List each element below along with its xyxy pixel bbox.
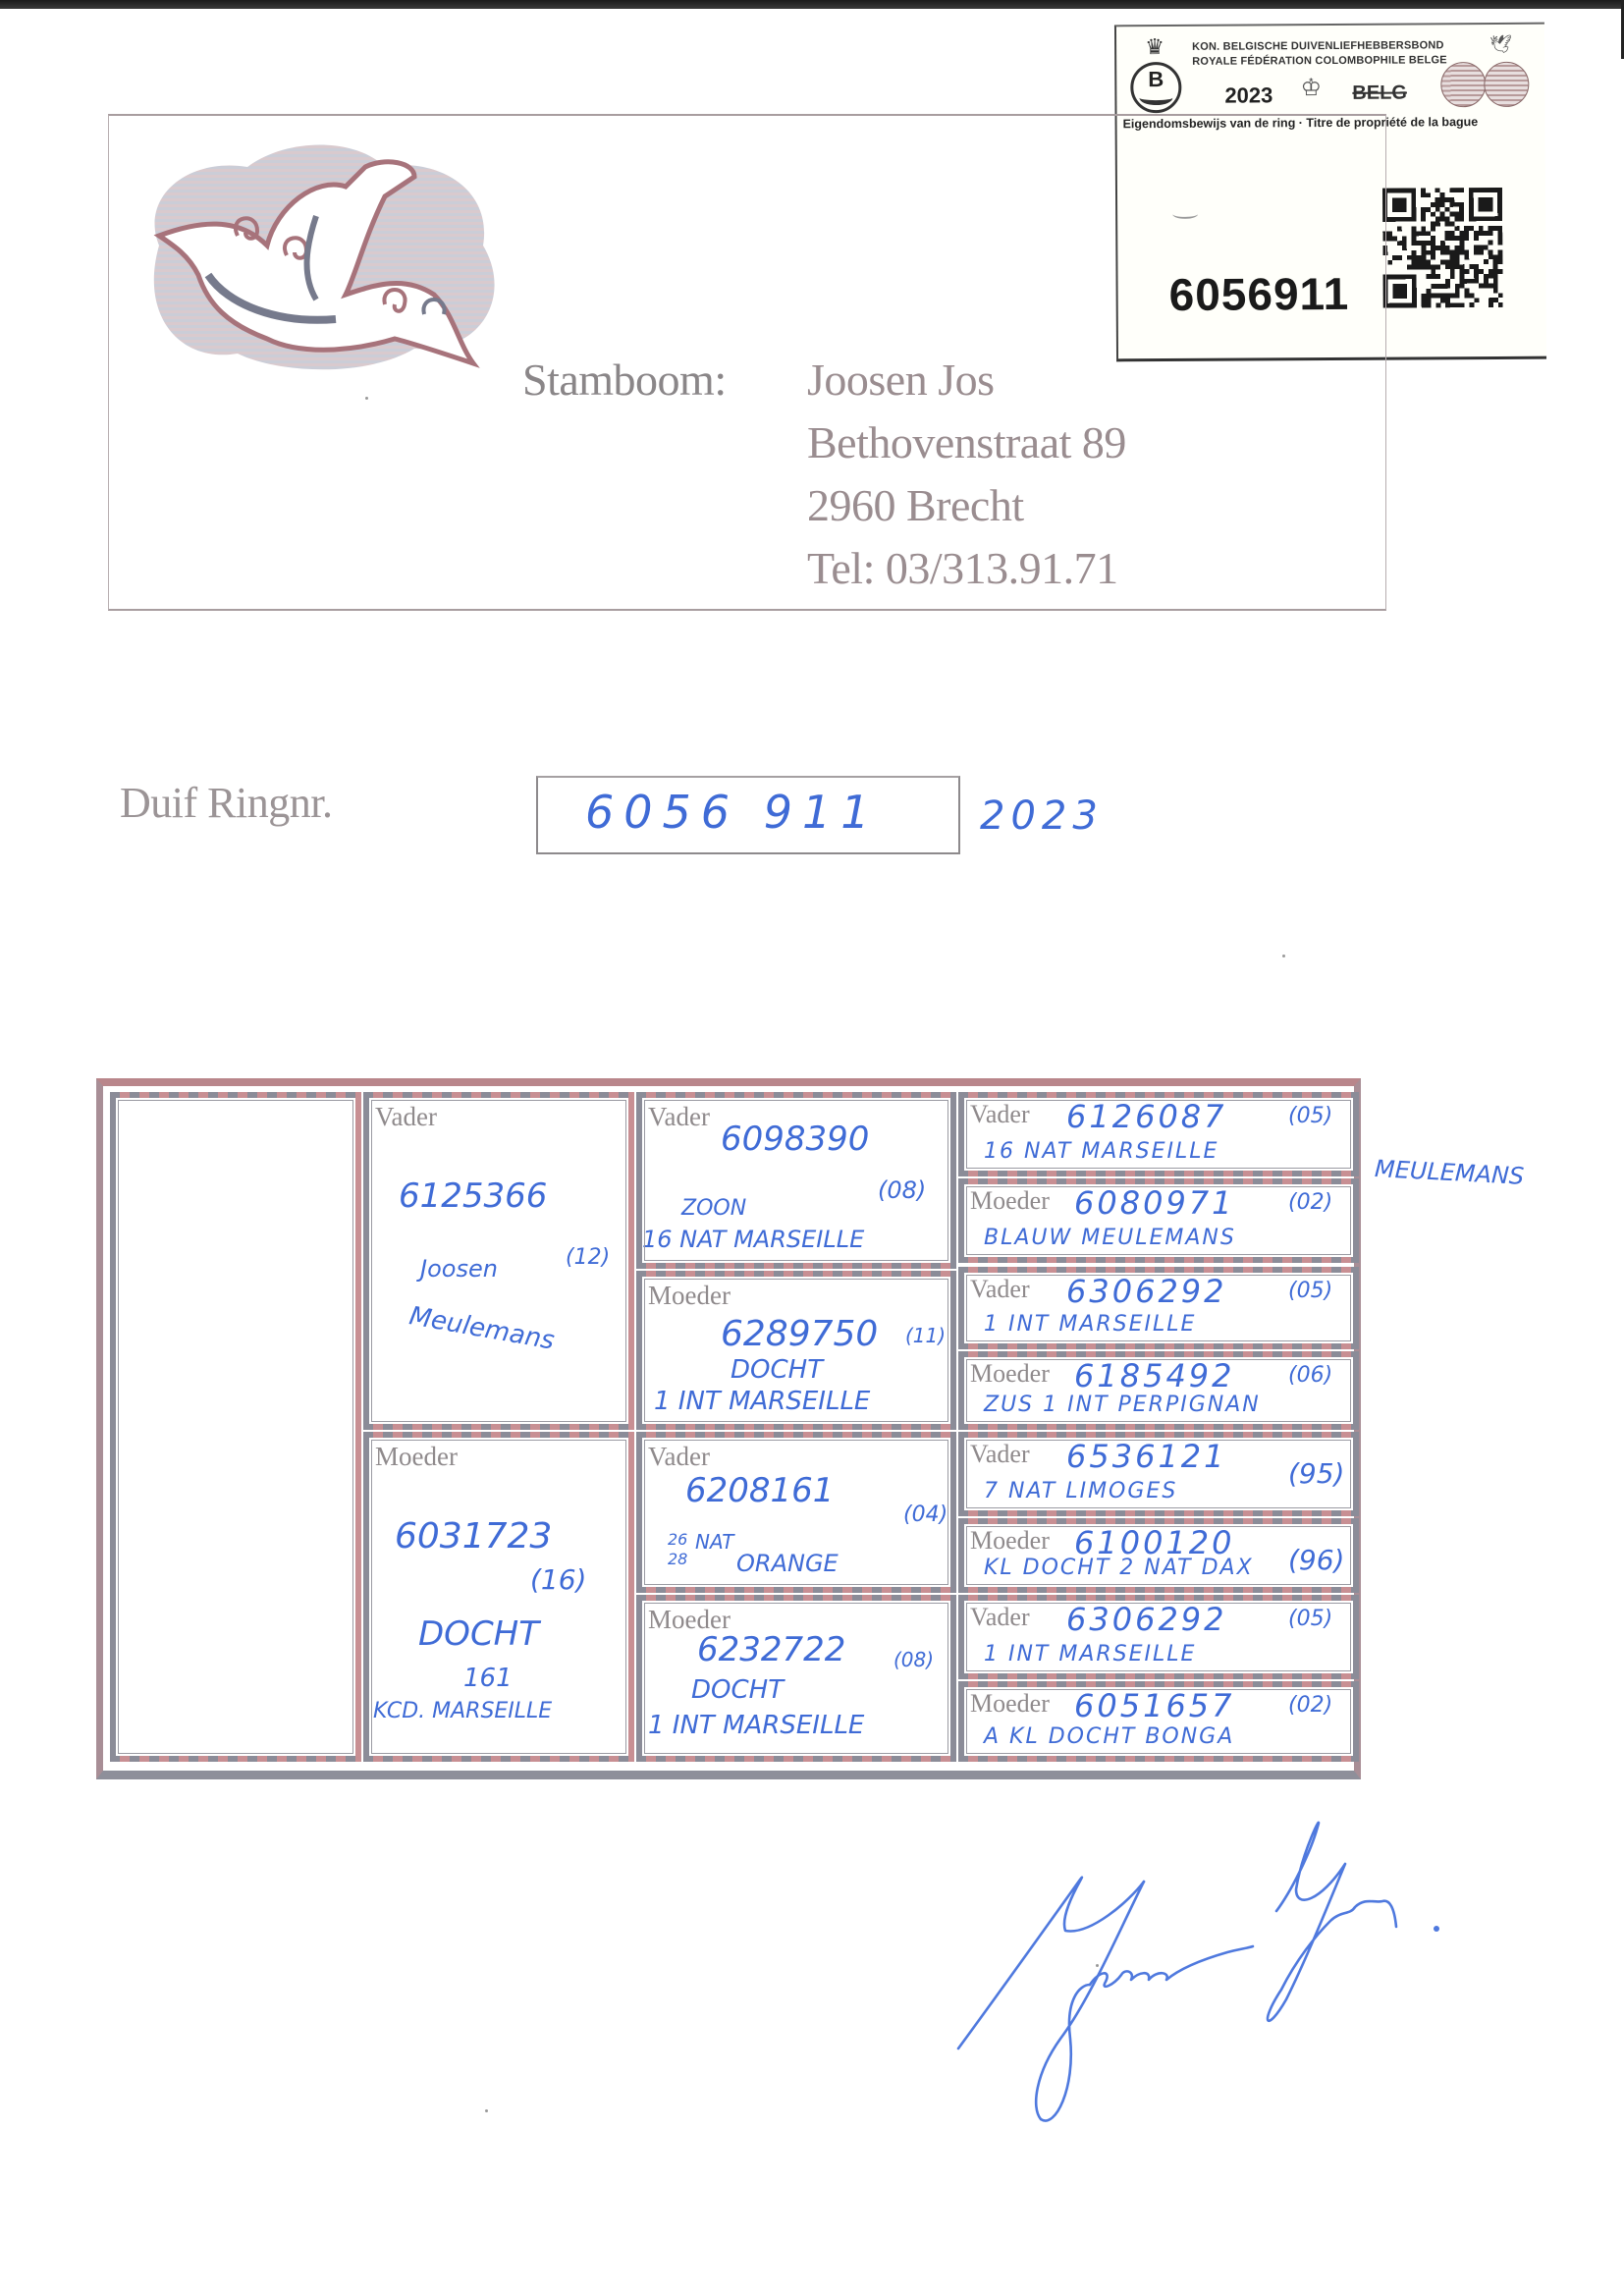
great-grandparent-cell: Vader6126087(05)16 NAT MARSEILLE — [958, 1092, 1359, 1176]
great-grandparent-note: 1 INT MARSEILLE — [984, 1312, 1196, 1337]
grandmother-paternal-note-1: DOCHT — [731, 1355, 823, 1385]
scan-speck — [1282, 955, 1285, 957]
great-grandparent-note: 16 NAT MARSEILLE — [984, 1139, 1218, 1164]
grandmother-maternal-note-1: DOCHT — [691, 1675, 784, 1705]
mother-note-3: KCD. MARSEILLE — [373, 1699, 552, 1723]
great-grandparent-cell: Vader6306292(05)1 INT MARSEILLE — [958, 1267, 1359, 1349]
fci-globe-logo-icon — [1440, 58, 1531, 104]
ring-year: 2023 — [1224, 82, 1272, 108]
grandfather-maternal-ring: 6208161 — [685, 1471, 834, 1510]
grandfather-maternal-note-2: 28 — [668, 1550, 687, 1568]
grandmother-paternal-year: (11) — [905, 1324, 946, 1347]
great-grandparent-note: 7 NAT LIMOGES — [984, 1479, 1177, 1503]
great-grandfather-extra-note: MEULEMANS — [1374, 1155, 1525, 1190]
scan-speck — [365, 397, 368, 400]
mother-cell: Moeder 6031723 (16) DOCHT 161 KCD. MARSE… — [363, 1432, 634, 1762]
father-year: (12) — [566, 1245, 610, 1270]
great-grandparent-ring: 6080971 — [1074, 1184, 1235, 1222]
mother-year: (16) — [530, 1563, 586, 1596]
great-grandparent-year: (96) — [1288, 1544, 1344, 1576]
great-grandparent-year: (02) — [1288, 1190, 1332, 1215]
great-grandparent-ring: 6306292 — [1066, 1273, 1227, 1310]
grandfather-maternal-note-4: ORANGE — [736, 1550, 839, 1577]
scan-speck — [1096, 1964, 1099, 1967]
ring-org-nl: KON. BELGISCHE DUIVENLIEFHEBBERSBOND — [1192, 38, 1447, 55]
father-cell: Vader 6125366 Joosen (12) Meulemans — [363, 1092, 634, 1430]
handwritten-signature-icon — [943, 1813, 1492, 2127]
grandfather-paternal-ring: 6098390 — [721, 1120, 869, 1159]
ring-org-fr: ROYALE FÉDÉRATION COLOMBOPHILE BELGE — [1192, 53, 1447, 70]
mother-label: Moeder — [375, 1442, 458, 1472]
grandmother-paternal-note-2: 1 INT MARSEILLE — [654, 1387, 870, 1416]
ring-year-handwritten: 2023 — [980, 793, 1104, 839]
great-grandparent-ring: 6185492 — [1074, 1357, 1235, 1394]
pedigree-label: Stamboom: — [522, 354, 727, 406]
great-grandparent-cell: Moeder6185492(06)ZUS 1 INT PERPIGNAN — [958, 1351, 1359, 1430]
father-label: Vader — [375, 1102, 437, 1132]
ring-number-label: Duif Ringnr. — [120, 778, 332, 828]
great-grandparent-cell: Moeder6080971(02)BLAUW MEULEMANS — [958, 1178, 1359, 1263]
great-grandparent-label: Moeder — [970, 1186, 1050, 1216]
great-grandparent-year: (95) — [1288, 1457, 1344, 1490]
ring-number-handwritten: 6056 911 — [585, 786, 880, 839]
grandfather-paternal-cell: Vader 6098390 (08) ZOON 16 NAT MARSEILLE — [636, 1092, 956, 1269]
great-grandparent-note: 1 INT MARSEILLE — [984, 1642, 1196, 1667]
scan-edge-top — [0, 0, 1624, 9]
grandfather-paternal-year: (08) — [878, 1176, 926, 1204]
owner-phone: Tel: 03/313.91.71 — [807, 542, 1118, 594]
great-grandparent-cell: Moeder6100120(96)KL DOCHT 2 NAT DAX — [958, 1518, 1359, 1593]
grandmother-maternal-year: (08) — [893, 1648, 934, 1671]
qr-code-icon — [1382, 188, 1503, 308]
grandmother-maternal-note-2: 1 INT MARSEILLE — [648, 1711, 864, 1740]
great-grandparent-label: Vader — [970, 1603, 1030, 1632]
dove-logo-icon — [120, 128, 532, 383]
ring-number-box: 6056 911 — [536, 776, 960, 854]
grandfather-maternal-cell: Vader 6208161 (04) 26 28 NAT ORANGE — [636, 1432, 956, 1593]
father-note-1: Joosen — [420, 1255, 498, 1283]
great-grandparent-note: ZUS 1 INT PERPIGNAN — [984, 1393, 1261, 1417]
great-grandparent-ring: 6536121 — [1066, 1438, 1227, 1475]
grandmother-paternal-label: Moeder — [648, 1281, 731, 1311]
grandfather-maternal-note-1: 26 — [668, 1530, 687, 1549]
crown-icon: ♛ — [1142, 36, 1167, 58]
father-ring: 6125366 — [399, 1176, 547, 1216]
grandmother-paternal-ring: 6289750 — [721, 1314, 878, 1354]
mother-note-2: 161 — [463, 1664, 513, 1693]
mother-note-1: DOCHT — [418, 1614, 539, 1654]
great-grandparent-label: Moeder — [970, 1359, 1050, 1389]
grandfather-maternal-note-3: NAT — [695, 1530, 733, 1554]
kbdb-b-logo-icon: B — [1130, 62, 1181, 113]
great-grandparent-cell: Vader6536121(95)7 NAT LIMOGES — [958, 1432, 1359, 1516]
mother-ring: 6031723 — [395, 1516, 552, 1557]
great-grandparent-year: (06) — [1288, 1363, 1332, 1388]
great-grandparent-label: Vader — [970, 1100, 1030, 1129]
owner-city: 2960 Brecht — [807, 479, 1024, 531]
ring-country-code: BELG — [1352, 82, 1407, 105]
crown-emblem-icon: ♔ — [1289, 77, 1332, 100]
grandfather-paternal-note-2: 16 NAT MARSEILLE — [642, 1226, 864, 1253]
great-grandparent-ring: 6051657 — [1074, 1687, 1235, 1724]
scan-speck — [485, 2109, 488, 2112]
great-grandparent-year: (05) — [1288, 1104, 1332, 1128]
ring-org-names: KON. BELGISCHE DUIVENLIEFHEBBERSBOND ROY… — [1192, 38, 1447, 70]
great-grandparent-ring: 6306292 — [1066, 1601, 1227, 1638]
great-grandparent-cell: Vader6306292(05)1 INT MARSEILLE — [958, 1595, 1359, 1679]
owner-name: Joosen Jos — [807, 354, 995, 406]
great-grandparent-label: Vader — [970, 1275, 1030, 1304]
great-grandparent-cell: Moeder6051657(02)A KL DOCHT BONGA — [958, 1681, 1359, 1762]
great-grandparent-year: (02) — [1288, 1693, 1332, 1718]
grandmother-maternal-cell: Moeder 6232722 (08) DOCHT 1 INT MARSEILL… — [636, 1595, 956, 1762]
great-grandparent-label: Moeder — [970, 1689, 1050, 1719]
great-grandparent-note: BLAUW MEULEMANS — [984, 1226, 1236, 1250]
grandfather-maternal-year: (04) — [903, 1503, 947, 1527]
great-grandparent-year: (05) — [1288, 1279, 1332, 1303]
grandfather-maternal-label: Vader — [648, 1442, 710, 1472]
grandmother-maternal-ring: 6232722 — [697, 1630, 845, 1669]
great-grandparent-label: Moeder — [970, 1526, 1050, 1556]
pigeon-icon: 🕊 — [1489, 34, 1512, 55]
great-grandparent-label: Vader — [970, 1440, 1030, 1469]
great-grandparent-note: A KL DOCHT BONGA — [984, 1724, 1234, 1749]
grandfather-paternal-label: Vader — [648, 1102, 710, 1132]
great-grandparent-ring: 6126087 — [1066, 1098, 1227, 1135]
owner-street: Bethovenstraat 89 — [807, 416, 1126, 468]
great-grandparent-note: KL DOCHT 2 NAT DAX — [984, 1556, 1254, 1580]
great-grandparent-year: (05) — [1288, 1607, 1332, 1631]
father-note-2: Meulemans — [407, 1301, 557, 1355]
grandmother-paternal-cell: Moeder 6289750 (11) DOCHT 1 INT MARSEILL… — [636, 1271, 956, 1430]
grandfather-paternal-note-1: ZOON — [681, 1196, 746, 1221]
subject-cell — [110, 1092, 361, 1762]
